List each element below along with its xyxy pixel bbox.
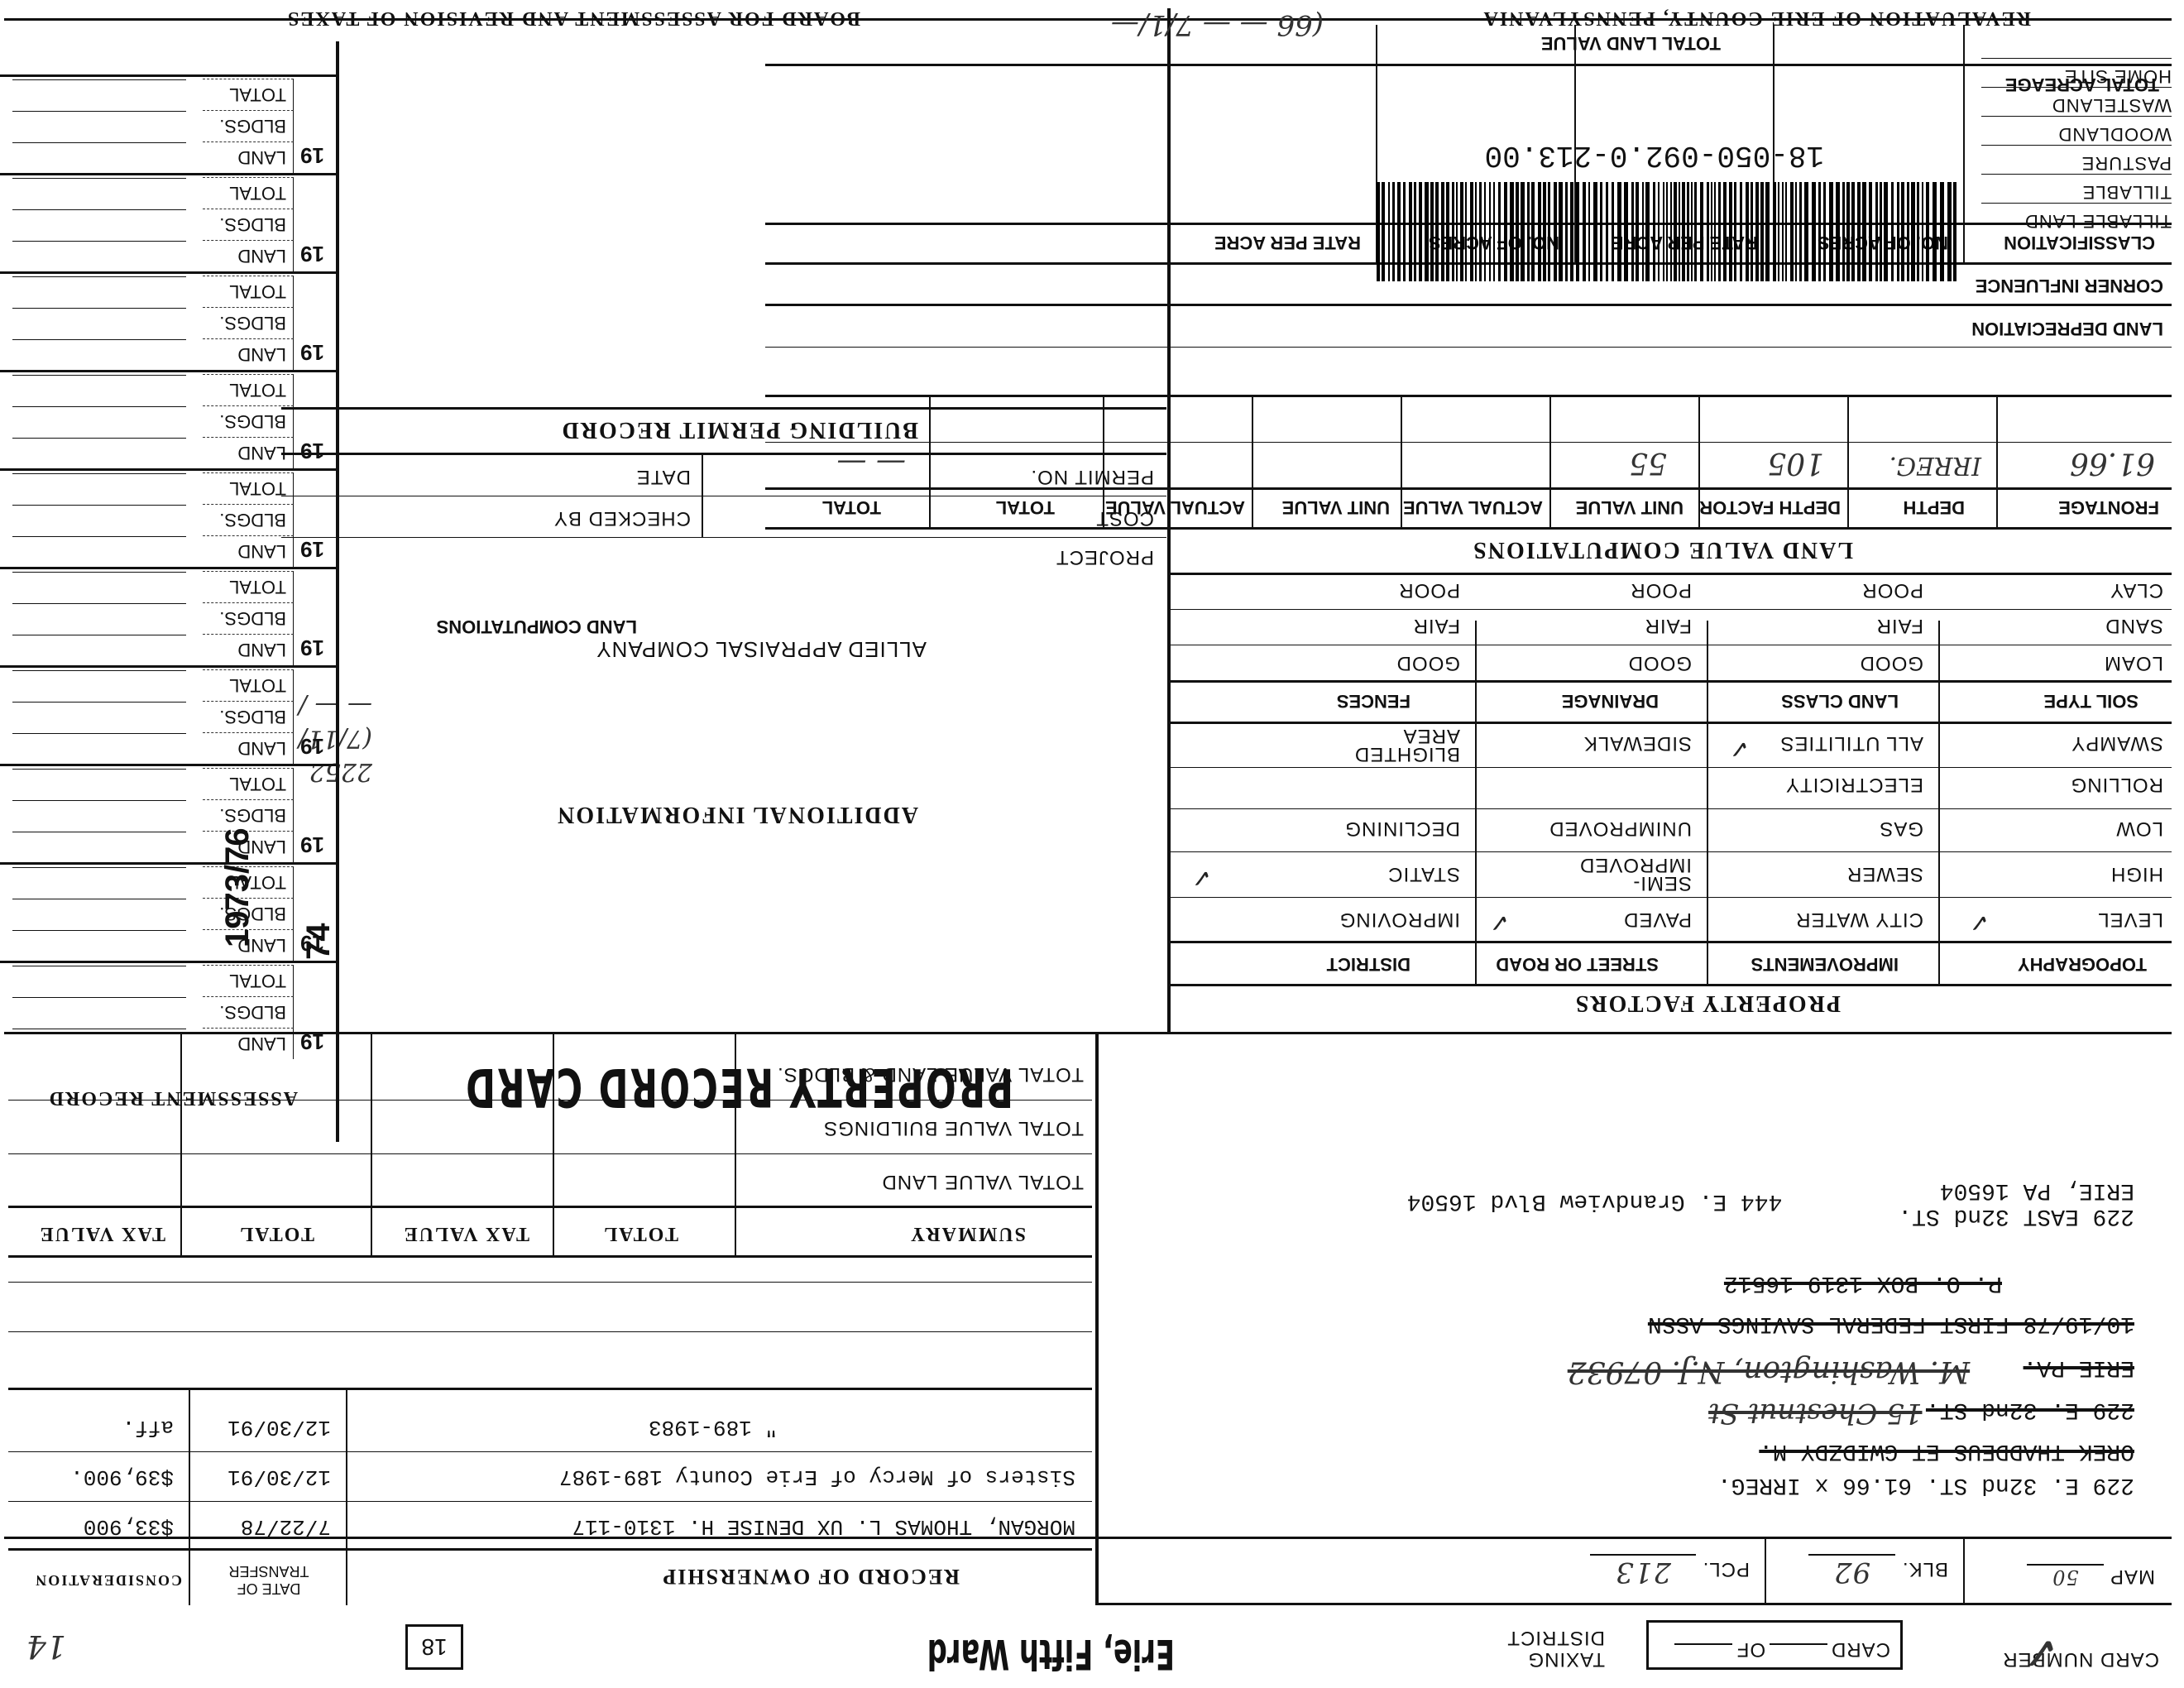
assessment-value-line (12, 438, 186, 439)
ownership-col-date: DATE OF TRANSFER (199, 1562, 339, 1597)
pcl-value: 213 (1590, 1554, 1696, 1589)
soil-sand: SAND (2105, 614, 2163, 637)
bp-title: BUILDING PERMIT RECORD (561, 416, 918, 443)
card-number-label: CARD NUMBER (2068, 1648, 2159, 1670)
stamped-code: 74 (300, 923, 338, 961)
fences-fair: FAIR (1413, 614, 1460, 637)
pf-swampy: SWAMPY (2071, 731, 2163, 755)
assessment-value-line (12, 670, 186, 671)
assessment-row-label: LAND (203, 338, 294, 370)
card-of-of-label: OF (1736, 1638, 1765, 1661)
assessment-value-line (12, 1029, 186, 1029)
pf-all-utilities: ALL UTILITIES (1780, 731, 1924, 755)
summary-col-tax-value-2: TAX VALUE (39, 1222, 165, 1244)
assessment-value-line (12, 473, 186, 474)
map-value: 50 (2027, 1564, 2104, 1589)
pf-level: LEVEL (2097, 908, 2163, 931)
lv-col-depth-factor: DEPTH FACTOR (1699, 496, 1841, 518)
owner-1-consideration: $33,900 (84, 1514, 174, 1539)
lv-depth-value: IRREG. (1889, 451, 1981, 480)
stamped-year: 1973/76 (219, 827, 256, 947)
bp-cost: COST (1095, 506, 1154, 530)
col-drainage: DRAINAGE (1562, 690, 1659, 712)
header-right-title: BOARD FOR ASSESSMENT AND REVISION OF TAX… (286, 7, 860, 29)
col-soil-type: SOIL TYPE (2043, 690, 2138, 712)
property-factors-title: PROPERTY FACTORS (1574, 990, 1841, 1016)
soil-rows: LOAM GOOD GOOD GOOD SAND FAIR FAIR FAIR … (1171, 575, 2172, 683)
owner-2-consideration: $39,900. (70, 1465, 174, 1489)
assessment-row-label: TOTAL (203, 768, 294, 799)
additional-info-title: ADDITIONAL INFORMATION (556, 801, 918, 827)
land-class-good: GOOD (1860, 651, 1923, 674)
blk-label: BLK. (1902, 1558, 1948, 1580)
assessment-row-label: BLDGS. (203, 209, 294, 240)
owner-3: " 189-1983 (649, 1415, 778, 1440)
address-line-1: 229 E. 32nd ST. 61.66 x IRREG. (1109, 1472, 2134, 1498)
assessment-row-label: LAND (203, 732, 294, 764)
bp-checked-by: CHECKED BY (553, 506, 691, 530)
summary-title: SUMMARY (909, 1222, 1026, 1244)
pf-improving: IMPROVING (1339, 908, 1460, 931)
assessment-year-prefix: 19 (300, 536, 324, 562)
pf-city-water: CITY WATER (1795, 908, 1923, 931)
check-paved: ✓ (1489, 908, 1510, 937)
assessment-row-label: LAND (203, 437, 294, 468)
address-line-4: ERIE PA. (2024, 1355, 2134, 1380)
land-value-title: LAND VALUE COMPUTATIONS (1472, 536, 1853, 563)
drainage-poor: POOR (1630, 578, 1692, 602)
pf-paved: PAVED (1623, 908, 1692, 931)
assessment-year-prefix: 19 (300, 635, 324, 660)
assessment-row-label: LAND (203, 634, 294, 665)
alt-address: 444 E. Grandview Blvd 16504 (1407, 1177, 1783, 1214)
assessment-year-prefix: 19 (300, 339, 324, 365)
pf-static: STATIC (1387, 862, 1460, 885)
bp-project: PROJECT (1056, 545, 1154, 568)
barcode-area: 18-050-092.0-213.00 (1129, 138, 1956, 281)
taxing-district-label: TAXING DISTRICT (1497, 1627, 1605, 1670)
assessment-year-block: 19LANDBLDGS.TOTAL (0, 271, 339, 370)
bp-date: DATE (636, 465, 691, 488)
land-class-fair: FAIR (1876, 614, 1923, 637)
assessment-record: 19LANDBLDGS.TOTAL19LANDBLDGS.TOTAL19LAND… (0, 33, 339, 1059)
pf-sewer: SEWER (1846, 862, 1923, 885)
owner-2-date: 12/30/91 (227, 1465, 331, 1489)
fences-poor: POOR (1398, 578, 1460, 602)
taxing-district-value: Erie, Fifth Ward (927, 1630, 1175, 1678)
assessment-row-label: TOTAL (203, 79, 294, 110)
summary-row-land: TOTAL VALUE LAND (881, 1170, 1084, 1193)
assessment-value-line (12, 178, 186, 179)
address-line-3-hand: 15 Chestnut St (1708, 1397, 1922, 1430)
header-handwritten-note: (66 — — 7/1/— (1111, 8, 1324, 41)
card-of-card-label: CARD (1831, 1638, 1890, 1661)
assessment-value-line (12, 339, 186, 340)
owner-3-date: 12/30/91 (227, 1415, 331, 1440)
assessment-year-prefix: 19 (300, 438, 324, 463)
assessment-value-line (12, 142, 186, 143)
ownership-title: RECORD OF OWNERSHIP (661, 1564, 960, 1589)
check-static: ✓ (1191, 863, 1212, 892)
ownership-col-consideration: CONSIDERATION (34, 1571, 182, 1589)
classification-row-label: TILLABLE (1981, 174, 2172, 203)
assessment-year-block: 19LANDBLDGS.TOTAL (0, 665, 339, 764)
soil-clay: CLAY (2110, 578, 2163, 602)
pcl-label: PCL. (1703, 1558, 1750, 1580)
assessment-value-line (12, 997, 186, 998)
pf-unimproved: UNIMPROVED (1549, 817, 1692, 840)
corner-note: 14 (26, 1628, 66, 1665)
assessment-year-block: 19LANDBLDGS.TOTAL (0, 862, 339, 961)
assessment-row-label: TOTAL (203, 472, 294, 504)
lv-unit-value: 55 (1629, 446, 1667, 480)
pf-declining: DECLINING (1344, 817, 1460, 840)
property-record-card: CARD NUMBER ✓ CARD OF TAXING DISTRICT Er… (0, 0, 2184, 1688)
lv-depth-factor-value: 105 (1767, 446, 1824, 480)
bp-permit-no: PERMIT NO. (1030, 465, 1154, 488)
header-left-title: REVALUATION OF ERIE COUNTY, PENNSYLVANIA (1482, 7, 2031, 29)
box-number: 18 (405, 1624, 463, 1670)
col-district: DISTRICT (1327, 953, 1410, 975)
assessment-year-block: 19LANDBLDGS.TOTAL (0, 370, 339, 468)
assessment-value-line (12, 930, 186, 931)
owner-3-consideration: aff. (122, 1415, 174, 1440)
col-improvements: IMPROVEMENTS (1751, 953, 1899, 975)
assessment-value-line (12, 966, 186, 966)
assessment-value-line (12, 241, 186, 242)
col-street-road: STREET OR ROAD (1496, 953, 1659, 975)
drainage-good: GOOD (1628, 651, 1692, 674)
address-line-4-hand: M. Washington, N.J. 07932 (1568, 1355, 1970, 1388)
assessment-value-line (12, 276, 186, 277)
owner-address-block: 229 E. 32nd ST. 61.66 x IRREG. OREK THAD… (1109, 1177, 2134, 1498)
assessment-year-prefix: 19 (300, 142, 324, 168)
assessment-value-line (12, 79, 186, 80)
assessment-title: ASSESSMENT RECORD (48, 1086, 298, 1109)
drainage-fair: FAIR (1645, 614, 1692, 637)
assessment-row-label: BLDGS. (203, 602, 294, 634)
address-line-3: 229 E. 32nd ST. (1926, 1397, 2134, 1422)
assessment-value-line (12, 375, 186, 376)
ownership-section: RECORD OF OWNERSHIP DATE OF TRANSFER CON… (8, 1390, 1092, 1605)
classification-row-label: PASTURE (1981, 145, 2172, 174)
additional-information: ADDITIONAL INFORMATION ALLIED APPRAISAL … (281, 637, 1166, 836)
assessment-row-label: TOTAL (203, 374, 294, 405)
pf-rolling: ROLLING (2071, 773, 2163, 796)
assessment-value-line (12, 867, 186, 868)
lv-col-actual-value-1: ACTUAL VALUE (1403, 496, 1543, 518)
check-all-utilities: ✓ (1729, 734, 1750, 763)
assessment-row-label: TOTAL (203, 571, 294, 602)
pf-high: HIGH (2110, 862, 2163, 885)
class-col-classification: CLASSIFICATION (2004, 232, 2155, 253)
assessment-value-line (12, 800, 186, 801)
lv-col-depth: DEPTH (1903, 496, 1965, 518)
summary-col-tax-value-1: TAX VALUE (403, 1222, 529, 1244)
assessment-value-line (12, 733, 186, 734)
parcel-barcode (1129, 182, 1956, 281)
col-fences: FENCES (1337, 690, 1410, 712)
assessment-value-line (12, 769, 186, 770)
owner-1: MORGAN, THOMAS L. UX DENISE H. 1310-117 (572, 1514, 1076, 1539)
total-land-value: TOTAL LAND VALUE (1541, 32, 1721, 54)
assessment-row-label: LAND (203, 240, 294, 271)
land-computations-label: LAND COMPUTATIONS (437, 616, 637, 637)
blk-value: 92 (1808, 1554, 1895, 1589)
pf-semi-improved: SEMI-IMPROVED (1568, 856, 1692, 892)
assessment-year-block: 19LANDBLDGS.TOTAL (0, 74, 339, 173)
lv-frontage-value: 61.66 (2070, 446, 2155, 480)
address-line-6: P. O. BOX 1319 16512 (1109, 1270, 2002, 1296)
assessment-value-line (12, 635, 186, 635)
assessment-row-label: TOTAL (203, 276, 294, 307)
current-address-line-1: 229 EAST 32nd ST. (1898, 1203, 2134, 1229)
lv-col-frontage: FRONTAGE (2058, 496, 2159, 518)
card-number-value: ✓ (2021, 1625, 2060, 1680)
building-permit-record: PROJECT COST CHECKED BY PERMIT NO. DATE … (281, 397, 1166, 575)
card-of-box: CARD OF (1646, 1620, 1903, 1670)
assessment-value-line (12, 308, 186, 309)
assessment-row-label: BLDGS. (203, 996, 294, 1028)
assessment-row-label: LAND (203, 141, 294, 173)
assessment-year-prefix: 19 (300, 241, 324, 266)
record-title: PROPERTY RECORD CARD (464, 1056, 1013, 1117)
assessment-row-label: BLDGS. (203, 110, 294, 141)
barcode-id: 18-050-092.0-213.00 (1129, 138, 1824, 172)
assessment-row-label: LAND (203, 535, 294, 567)
assessment-row-label: BLDGS. (203, 799, 294, 831)
assessment-row-label: LAND (203, 1028, 294, 1059)
lv-land-depreciation: LAND DEPRECIATION (1971, 318, 2163, 339)
map-label: MAP (2110, 1566, 2155, 1588)
assessment-year-prefix: 19 (300, 832, 324, 857)
pf-sidewalk: SIDEWALK (1583, 731, 1692, 755)
parcel-row: MAP 50 BLK. 92 PCL. 213 (1096, 1539, 2172, 1605)
pf-electricity: ELECTRICITY (1785, 773, 1923, 796)
assessment-year-block: 19LANDBLDGS.TOTAL (0, 468, 339, 567)
assessment-value-line (12, 406, 186, 407)
assessment-row-label: BLDGS. (203, 701, 294, 732)
assessment-row-label: BLDGS. (203, 307, 294, 338)
col-topography: TOPOGRAPHY (2018, 953, 2147, 975)
assessment-year-prefix: 19 (300, 1029, 324, 1054)
assessment-row-label: BLDGS. (203, 504, 294, 535)
address-line-5: 10/19/78 FIRST FEDERAL SAVINGS ASSN (1109, 1311, 2134, 1336)
lv-corner-influence: CORNER INFLUENCE (1976, 275, 2163, 296)
col-land-class: LAND CLASS (1781, 690, 1899, 712)
assessment-row-label: BLDGS. (203, 405, 294, 437)
lv-col-unit-value-1: UNIT VALUE (1576, 496, 1683, 518)
assessment-value-line (12, 209, 186, 210)
assessment-year-block: 19LANDBLDGS.TOTAL (0, 764, 339, 862)
assessment-year-block: 19LANDBLDGS.TOTAL (0, 567, 339, 665)
summary-col-total-1: TOTAL (602, 1222, 678, 1244)
assessment-year-prefix: 19 (300, 733, 324, 759)
assessment-row-label: TOTAL (203, 669, 294, 701)
land-class-poor: POOR (1861, 578, 1923, 602)
check-level: ✓ (1969, 908, 1990, 937)
assessment-value-line (12, 899, 186, 899)
current-address-line-2: ERIE, PA 16504 (1898, 1177, 2134, 1203)
owner-1-date: 7/22/78 (241, 1514, 331, 1539)
total-acreage: TOTAL ACREAGE (2005, 74, 2159, 95)
assessment-year-block: 19LANDBLDGS.TOTAL (0, 173, 339, 271)
assessment-value-line (12, 111, 186, 112)
assessment-value-line (12, 702, 186, 703)
lv-col-unit-value-2: UNIT VALUE (1282, 496, 1390, 518)
pf-blighted-area: BLIGHTED AREA (1319, 727, 1460, 763)
assessment-row-label: TOTAL (203, 177, 294, 209)
assessment-value-line (12, 505, 186, 506)
classification-row-label: WOODLAND (1981, 116, 2172, 145)
assessment-year-block: 19LANDBLDGS.TOTAL (0, 961, 339, 1059)
assessment-value-line (12, 603, 186, 604)
assessment-value-line (12, 832, 186, 832)
address-line-2: OREK THADDEUS ET GWIDZDY M. (1109, 1438, 2134, 1464)
assessment-value-line (12, 536, 186, 537)
fences-good: GOOD (1396, 651, 1460, 674)
allied-appraisal-company: ALLIED APPRAISAL COMPANY (596, 636, 927, 662)
assessment-row-label: TOTAL (203, 965, 294, 996)
owner-2: Sisters of Mercy of Erie County 189-1987 (559, 1465, 1075, 1489)
summary-col-total-2: TOTAL (238, 1222, 314, 1244)
classification-row-label: TILLABLE LAND (1981, 203, 2172, 232)
pf-gas: GAS (1879, 817, 1923, 840)
assessment-value-line (12, 572, 186, 573)
pf-low: LOW (2115, 817, 2163, 840)
soil-loam: LOAM (2104, 651, 2163, 674)
